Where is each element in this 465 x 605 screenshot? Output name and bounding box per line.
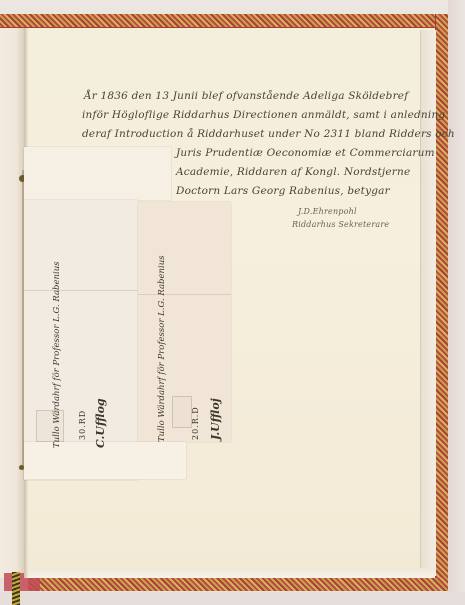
text-line-3: deraf Introduction å Riddarhuset under N… (82, 128, 455, 140)
gilded-border-right (435, 14, 448, 591)
fold-line (138, 294, 231, 295)
bookmark-tassel (12, 572, 20, 605)
background-right (448, 0, 465, 605)
slip-2-text: Tullo Wärdahrf för Professor L.G. Rabeni… (157, 255, 167, 442)
background-bottom (0, 592, 465, 605)
text-line-4: Juris Prudentiæ Oeconomiæ et Commerciaru… (176, 147, 435, 159)
gilded-border-top (0, 14, 448, 28)
signature-title: Riddarhus Sekreterare (292, 220, 389, 229)
fold-line (24, 290, 138, 291)
text-line-2: inför Högloflige Riddarhus Directionen a… (82, 109, 445, 121)
gilded-border-bottom (28, 578, 448, 591)
signature-name: J.D.Ehrenpohl (298, 207, 357, 216)
left-page-edge (0, 28, 24, 578)
stamp-mark (172, 396, 192, 428)
text-line-6: Doctorn Lars Georg Rabenius, betygar (176, 185, 390, 197)
slip-2-number: 20.R.D (191, 406, 200, 440)
page-deckle-edge-bottom (24, 568, 435, 578)
slip-1-number: 30.RD (78, 410, 87, 440)
slip-2-signature: J.Uffloj (209, 398, 222, 440)
slip-1-text: Tullo Wärdahrf för Professor L.G. Rabeni… (52, 261, 62, 448)
text-line-1: År 1836 den 13 Junii blef ofvanstående A… (84, 90, 408, 102)
paper-slip-top (24, 147, 171, 200)
text-line-5: Academie, Riddaren af Kongl. Nordstjerne (176, 166, 410, 178)
slip-1-signature: C.Ufflog (94, 398, 107, 448)
background-top (0, 0, 465, 14)
